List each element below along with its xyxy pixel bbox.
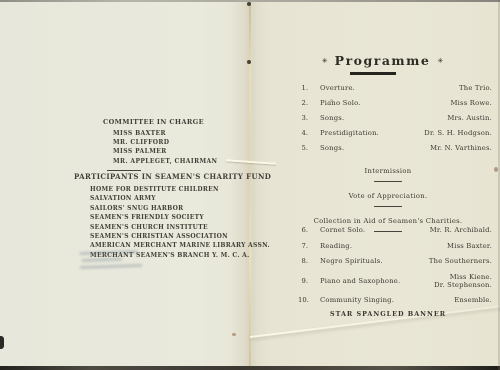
item-number: 2. (298, 99, 308, 107)
performer-name: Dr. S. H. Hodgson. (424, 129, 492, 137)
committee-member: MISS BAXTER (113, 129, 217, 138)
program-list-second-half: 6. Cornet Solo. Mr. R. Archibald. 7. Rea… (298, 226, 492, 312)
organization-item: HOME FOR DESTITUTE CHILDREN (90, 185, 271, 194)
item-performer: Mrs. Austin. (447, 114, 492, 122)
interlude-heading: Intermission (290, 167, 486, 175)
page-title: Programme (328, 53, 438, 68)
program-item: 5. Songs. Mr. N. Varthines. (298, 144, 492, 152)
program-list-first-half: 1. Overture. The Trio. 2. Piano Solo. Mi… (298, 84, 492, 159)
programme-title: ✳Programme✳ (290, 50, 475, 75)
performer-name: Miss Rowe. (451, 99, 492, 107)
program-item: 10. Community Singing. Ensemble. (298, 296, 492, 304)
item-number: 5. (298, 144, 308, 152)
organization-item: SEAMEN'S CHURCH INSTITUTE (90, 223, 271, 232)
ornament-star-icon: ✳ (437, 57, 443, 65)
item-performer: The Trio. (459, 84, 492, 92)
organization-item: SEAMEN'S CHRISTIAN ASSOCIATION (90, 232, 271, 241)
scan-top-edge (0, 0, 500, 2)
item-performer: Dr. S. H. Hodgson. (424, 129, 492, 137)
performer-name: Mrs. Austin. (447, 114, 492, 122)
divider-rule (374, 181, 402, 182)
scan-edge-mark (0, 336, 4, 349)
item-number: 7. (298, 242, 308, 250)
scan-bottom-edge (0, 366, 500, 370)
item-title: Piano Solo. (320, 99, 361, 107)
item-title: Overture. (320, 84, 355, 92)
item-performer: Mr. R. Archibald. (430, 226, 492, 234)
participants-section: PARTICIPANTS IN SEAMEN'S CHARITY FUND HO… (74, 172, 271, 260)
performer-name: Dr. Stephenson. (434, 281, 492, 289)
item-number: 8. (298, 257, 308, 265)
organizations-list: HOME FOR DESTITUTE CHILDREN SALVATION AR… (90, 185, 271, 260)
item-title: Songs. (320, 114, 344, 122)
program-item: 1. Overture. The Trio. (298, 84, 492, 92)
performer-name: The Trio. (459, 84, 492, 92)
item-number: 4. (298, 129, 308, 137)
performer-name: Mr. R. Archibald. (430, 226, 492, 234)
program-item: 8. Negro Spirituals. The Southerners. (298, 257, 492, 265)
item-performer: Miss Rowe. (451, 99, 492, 107)
performer-name: Miss Baxter. (447, 242, 492, 250)
performer-name: Miss Kiene. (434, 273, 492, 281)
program-item: 3. Songs. Mrs. Austin. (298, 114, 492, 122)
organization-item: SAILORS' SNUG HARBOR (90, 204, 271, 213)
scanned-programme-document: COMMITTEE IN CHARGE MISS BAXTER MR. CLIF… (0, 0, 500, 370)
right-page: ✳Programme✳ 1. Overture. The Trio. 2. Pi… (255, 0, 500, 370)
program-item: 4. Prestidigitation. Dr. S. H. Hodgson. (298, 129, 492, 137)
interlude-heading: Vote of Appreciation. (290, 192, 486, 200)
committee-member: MR. CLIFFORD (113, 138, 217, 147)
item-performer: The Southerners. (429, 257, 492, 265)
left-page: COMMITTEE IN CHARGE MISS BAXTER MR. CLIF… (0, 0, 250, 370)
item-title: Piano and Saxophone. (320, 277, 400, 285)
divider-rule (107, 170, 141, 171)
item-performer: Miss Baxter. (447, 242, 492, 250)
item-performer: Ensemble. (454, 296, 492, 304)
committee-heading: COMMITTEE IN CHARGE (103, 118, 217, 126)
program-item: 2. Piano Solo. Miss Rowe. (298, 99, 492, 107)
interlude-heading: Collection in Aid of Seamen's Charities. (290, 217, 486, 225)
item-number: 3. (298, 114, 308, 122)
item-performer: Miss Kiene. Dr. Stephenson. (434, 273, 492, 289)
organization-item: SEAMEN'S FRIENDLY SOCIETY (90, 213, 271, 222)
finale-title: STAR SPANGLED BANNER (290, 310, 486, 318)
item-number: 1. (298, 84, 308, 92)
performer-name: Ensemble. (454, 296, 492, 304)
interlude-section: Intermission Vote of Appreciation. Colle… (290, 157, 486, 232)
ink-bleed-smudge (80, 250, 143, 273)
item-title: Community Singing. (320, 296, 394, 304)
item-performer: Mr. N. Varthines. (430, 144, 492, 152)
item-number: 10. (298, 296, 308, 304)
performer-name: The Southerners. (429, 257, 492, 265)
performer-name: Mr. N. Varthines. (430, 144, 492, 152)
committee-list: MISS BAXTER MR. CLIFFORD MISS PALMER MR.… (113, 129, 217, 166)
item-title: Cornet Solo. (320, 226, 365, 234)
committee-member: MR. APPLEGET, CHAIRMAN (113, 157, 217, 166)
program-item: 9. Piano and Saxophone. Miss Kiene. Dr. … (298, 273, 492, 289)
committee-section: COMMITTEE IN CHARGE MISS BAXTER MR. CLIF… (103, 118, 217, 171)
item-title: Negro Spirituals. (320, 257, 383, 265)
organization-item: AMERICAN MERCHANT MARINE LIBRARY ASSN. (90, 241, 271, 250)
title-underline (350, 72, 396, 75)
participants-heading: PARTICIPANTS IN SEAMEN'S CHARITY FUND (74, 172, 271, 181)
organization-item: SALVATION ARMY (90, 194, 271, 203)
ornament-star-icon: ✳ (322, 57, 328, 65)
item-title: Reading. (320, 242, 352, 250)
committee-member: MISS PALMER (113, 147, 217, 156)
item-title: Prestidigitation. (320, 129, 379, 137)
program-item: 6. Cornet Solo. Mr. R. Archibald. (298, 226, 492, 234)
item-number: 9. (298, 277, 308, 285)
program-item: 7. Reading. Miss Baxter. (298, 242, 492, 250)
item-title: Songs. (320, 144, 344, 152)
divider-rule (374, 206, 402, 207)
item-number: 6. (298, 226, 308, 234)
